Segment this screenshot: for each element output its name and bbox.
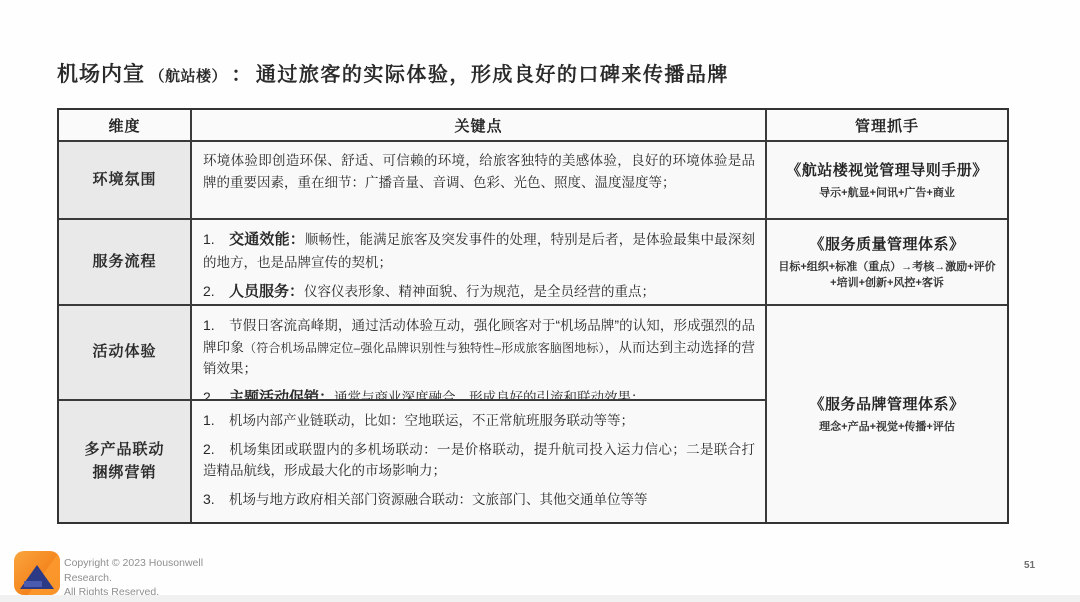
title-subtitle: 通过旅客的实际体验，形成良好的口碑来传播品牌: [256, 64, 729, 86]
row2-item1: 1.交通效能：顺畅性，能满足旅客及突发事件的处理，特别是后者，是体验最集中最深刻…: [203, 228, 755, 274]
row4-item2-text: 机场集团或联盟内的多机场联动：一是价格联动，提升航司投入运力信心；二是联合打造精…: [203, 442, 755, 479]
row4-item1-text: 机场内部产业链联动，比如：空地联运，不正常航班服务联动等等；: [229, 413, 634, 428]
copyright-text: Copyright © 2023 Housonwell Research. Al…: [64, 556, 203, 600]
row1-handle: 《航站楼视觉管理导则手册》 导示+航显+问讯+广告+商业: [767, 142, 1007, 220]
row3-keypoints: 1.节假日客流高峰期，通过活动体验互动，强化顾客对于“机场品牌”的认知，形成强烈…: [192, 306, 767, 401]
row3-item2-text: 通常与商业深度融合，形成良好的引流和联动效果；: [334, 390, 645, 401]
col-header-keypoints: 关键点: [192, 110, 767, 142]
merged-handle-title: 《服务品牌管理体系》: [809, 393, 964, 414]
copyright-line2: Research.: [64, 571, 203, 586]
row2-item2-number: 2.: [203, 280, 229, 302]
row3-item2-label: 主题活动促销：: [229, 389, 334, 401]
col-header-dimension: 维度: [59, 110, 192, 142]
bottom-edge-strip: [0, 595, 1080, 602]
row2-handle-detail: 目标+组织+标准（重点）→考核→激励+评价+培训+创新+风控+客诉: [775, 259, 999, 292]
page-number: 51: [1024, 560, 1035, 571]
title-main: 机场内宣: [57, 63, 145, 86]
housonwell-logo-icon: [14, 551, 60, 595]
row4-dimension-line1: 多产品联动: [84, 439, 164, 462]
row3-item1: 1.节假日客流高峰期，通过活动体验互动，强化顾客对于“机场品牌”的认知，形成强烈…: [203, 314, 755, 380]
col-header-handle: 管理抓手: [767, 110, 1007, 142]
row3-dimension: 活动体验: [59, 306, 192, 401]
row1-paragraph: 环境体验即创造环保、舒适、可信赖的环境，给旅客独特的美感体验，良好的环境体验是品…: [203, 150, 755, 193]
row4-dimension: 多产品联动 捆绑营销: [59, 401, 192, 522]
row2-item2-text: 仪容仪表形象、精神面貌、行为规范，是全员经营的重点；: [304, 284, 655, 299]
row2-item2: 2.人员服务：仪容仪表形象、精神面貌、行为规范，是全员经营的重点；: [203, 280, 755, 304]
row2-dimension: 服务流程: [59, 220, 192, 306]
presentation-slide: 机场内宣 （航站楼） ： 通过旅客的实际体验，形成良好的口碑来传播品牌 维度 关…: [0, 0, 1080, 602]
title-colon: ：: [231, 64, 251, 86]
row4-item1: 1.机场内部产业链联动，比如：空地联运，不正常航班服务联动等等；: [203, 409, 755, 432]
row2-item1-number: 1.: [203, 228, 229, 250]
row2-item2-label: 人员服务：: [229, 283, 304, 300]
row3-item2-number: 2.: [203, 386, 229, 401]
row4-item3-text: 机场与地方政府相关部门资源融合联动：文旅部门、其他交通单位等等: [229, 492, 648, 507]
row1-handle-title: 《航站楼视觉管理导则手册》: [786, 159, 988, 180]
logo-band-shape: [24, 581, 42, 587]
copyright-line1: Copyright © 2023 Housonwell: [64, 556, 203, 571]
row3-row4-merged-handle: 《服务品牌管理体系》 理念+产品+视觉+传播+评估: [767, 306, 1007, 522]
row1-keypoints: 环境体验即创造环保、舒适、可信赖的环境，给旅客独特的美感体验，良好的环境体验是品…: [192, 142, 767, 220]
row4-item3-number: 3.: [203, 488, 229, 510]
row3-item1-paren: （符合机场品牌定位–强化品牌识别性与独特性–形成旅客脑图地标）: [244, 341, 605, 355]
row2-keypoints: 1.交通效能：顺畅性，能满足旅客及突发事件的处理，特别是后者，是体验最集中最深刻…: [192, 220, 767, 306]
row3-item2: 2.主题活动促销：通常与商业深度融合，形成良好的引流和联动效果；: [203, 386, 755, 401]
row4-item1-number: 1.: [203, 409, 229, 431]
row4-dimension-line2: 捆绑营销: [92, 462, 156, 485]
row1-dimension: 环境氛围: [59, 142, 192, 220]
row4-keypoints: 1.机场内部产业链联动，比如：空地联运，不正常航班服务联动等等； 2.机场集团或…: [192, 401, 767, 522]
row3-item1-number: 1.: [203, 314, 229, 336]
row2-handle-title: 《服务质量管理体系》: [809, 233, 964, 254]
merged-handle-detail: 理念+产品+视觉+传播+评估: [819, 419, 955, 436]
content-table: 维度 关键点 管理抓手 环境氛围 环境体验即创造环保、舒适、可信赖的环境，给旅客…: [57, 108, 1009, 524]
row4-item2-number: 2.: [203, 438, 229, 460]
row4-item3: 3.机场与地方政府相关部门资源融合联动：文旅部门、其他交通单位等等: [203, 488, 755, 511]
page-title: 机场内宣 （航站楼） ： 通过旅客的实际体验，形成良好的口碑来传播品牌: [57, 58, 1037, 88]
row2-item1-label: 交通效能：: [229, 231, 305, 248]
title-paren: （航站楼）: [149, 68, 227, 85]
row1-handle-detail: 导示+航显+问讯+广告+商业: [819, 185, 955, 202]
row2-handle: 《服务质量管理体系》 目标+组织+标准（重点）→考核→激励+评价+培训+创新+风…: [767, 220, 1007, 306]
row4-item2: 2.机场集团或联盟内的多机场联动：一是价格联动，提升航司投入运力信心；二是联合打…: [203, 438, 755, 482]
